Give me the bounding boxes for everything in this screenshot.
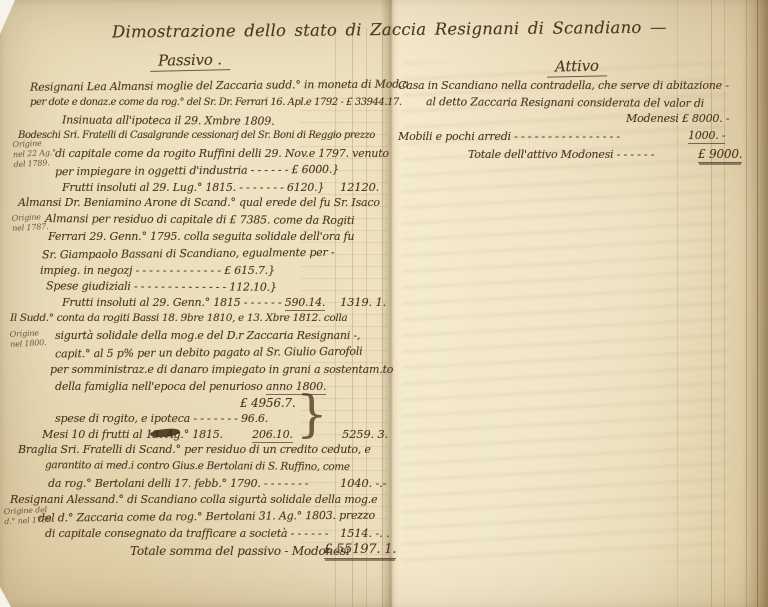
ledger-line: Braglia Sri. Fratelli di Scand.° per res…: [18, 443, 371, 456]
ledger-line: Mobili e pochi arredi - - - - - - - - - …: [398, 130, 620, 143]
ledger-line: Frutti insoluti al 29. Genn.° 1815 - - -…: [62, 296, 325, 309]
passivo-header: Passivo .: [150, 50, 230, 72]
ledger-line-label: della famiglia nell'epoca del penurioso: [55, 380, 263, 393]
margin-note-line: del 1789.: [13, 158, 56, 170]
page-corner: [0, 587, 11, 607]
attivo-total-label: Totale dell'attivo Modonesi - - - - - -: [468, 148, 654, 161]
column-rule: [382, 28, 383, 607]
margin-note: Origine nel 22 Ag.° del 1789.: [12, 138, 56, 170]
attivo-total-amount: £ 9000.: [698, 147, 742, 163]
passivo-total-label: Totale somma del passivo - Modonesi: [130, 544, 350, 558]
sum-amount: 12120.: [340, 180, 379, 194]
ledger-line: Casa in Scandiano nella contradella, che…: [398, 79, 729, 92]
ledger-line: capit.° al 5 p% per un debito pagato al …: [55, 345, 363, 361]
margin-note: Origine nel 1800.: [10, 328, 47, 350]
ledger-line: Spese giudiziali - - - - - - - - - - - -…: [46, 279, 277, 293]
mobili-amount: 1000. -: [688, 129, 725, 144]
ledger-line: di capitale come da rogito Ruffini delli…: [55, 147, 389, 160]
ledger-line: Ferrari 29. Genn.° 1795. colla seguita s…: [48, 230, 354, 243]
ledger-line: sigurtà solidale della mog.e del D.r Zac…: [55, 329, 360, 342]
capital-amount: £ 4956.7.: [240, 396, 295, 410]
page-corner: [0, 0, 15, 34]
interest-amount: 590.14.: [285, 296, 326, 311]
sum-amount: 1514. -. .: [340, 526, 389, 540]
ledger-line: Bodeschi Sri. Fratelli di Casalgrande ce…: [18, 130, 375, 141]
ledger-line: della famiglia nell'epoca del penurioso …: [55, 380, 326, 393]
margin-note: Origine nel 1787.: [12, 212, 49, 234]
house-value-amount: Modenesi £ 8000. -: [626, 112, 729, 125]
passivo-total-amount: £ 55197. 1.: [324, 542, 396, 559]
ledger-line-label: Frutti insoluti al 29. Genn.° 1815 - - -…: [62, 296, 281, 309]
ledger-line: al detto Zaccaria Resignani considerata …: [426, 95, 704, 110]
manuscript-page: Dimostrazione dello stato di Zaccia Resi…: [0, 0, 768, 607]
ledger-line: Frutti insoluti al 29. Lug.° 1815. - - -…: [62, 181, 324, 194]
ledger-line: Sr. Giampaolo Bassani di Scandiano, egua…: [42, 246, 334, 262]
attivo-header: Attivo: [547, 56, 607, 77]
ledger-line: per impiegare in oggetti d'industria - -…: [55, 163, 339, 178]
ledger-line: da rog.° Bertolani delli 17. febb.° 1790…: [48, 477, 308, 490]
grouping-brace: }: [296, 389, 328, 439]
ledger-line-label: Mesi 10 di frutti al 13. Ag.° 1815.: [42, 428, 223, 441]
ledger-line: per dote e donaz.e come da rog.° del Sr.…: [30, 97, 402, 108]
page-edge-line: [757, 0, 758, 607]
ledger-line: Almansi per residuo di capitale di £ 738…: [45, 212, 354, 227]
ledger-line: Resignani Alessand.° di Scandiano colla …: [10, 493, 377, 506]
margin-note-line: nel 1787.: [12, 222, 49, 234]
sum-amount: 1040. -.-: [340, 476, 386, 490]
ledger-line: Il Sudd.° conta da rogiti Bassi 18. 9bre…: [10, 312, 347, 324]
ledger-line: spese di rogito, e ipoteca - - - - - - -…: [55, 412, 268, 425]
page-edge-shadow: [742, 0, 768, 607]
ledger-line: di capitale consegnato da trafficare a s…: [45, 527, 328, 540]
ledger-line: per somministraz.e di danaro impiegato i…: [50, 363, 393, 376]
sum-amount: 1319. 1.: [340, 295, 386, 309]
ledger-line: garantito ai med.i contro Gius.e Bertola…: [45, 459, 350, 473]
ledger-line: Insinuata all'ipoteca il 29. Xmbre 1809.: [62, 113, 274, 127]
margin-note-line: nel 1800.: [10, 338, 47, 350]
ledger-line: Almansi Dr. Beniamino Arone di Scand.° q…: [18, 196, 380, 209]
interest-amount: 206.10.: [252, 428, 293, 443]
ledger-line: impieg. in negozj - - - - - - - - - - - …: [40, 264, 275, 277]
sum-amount: 5259. 3.: [342, 427, 388, 441]
